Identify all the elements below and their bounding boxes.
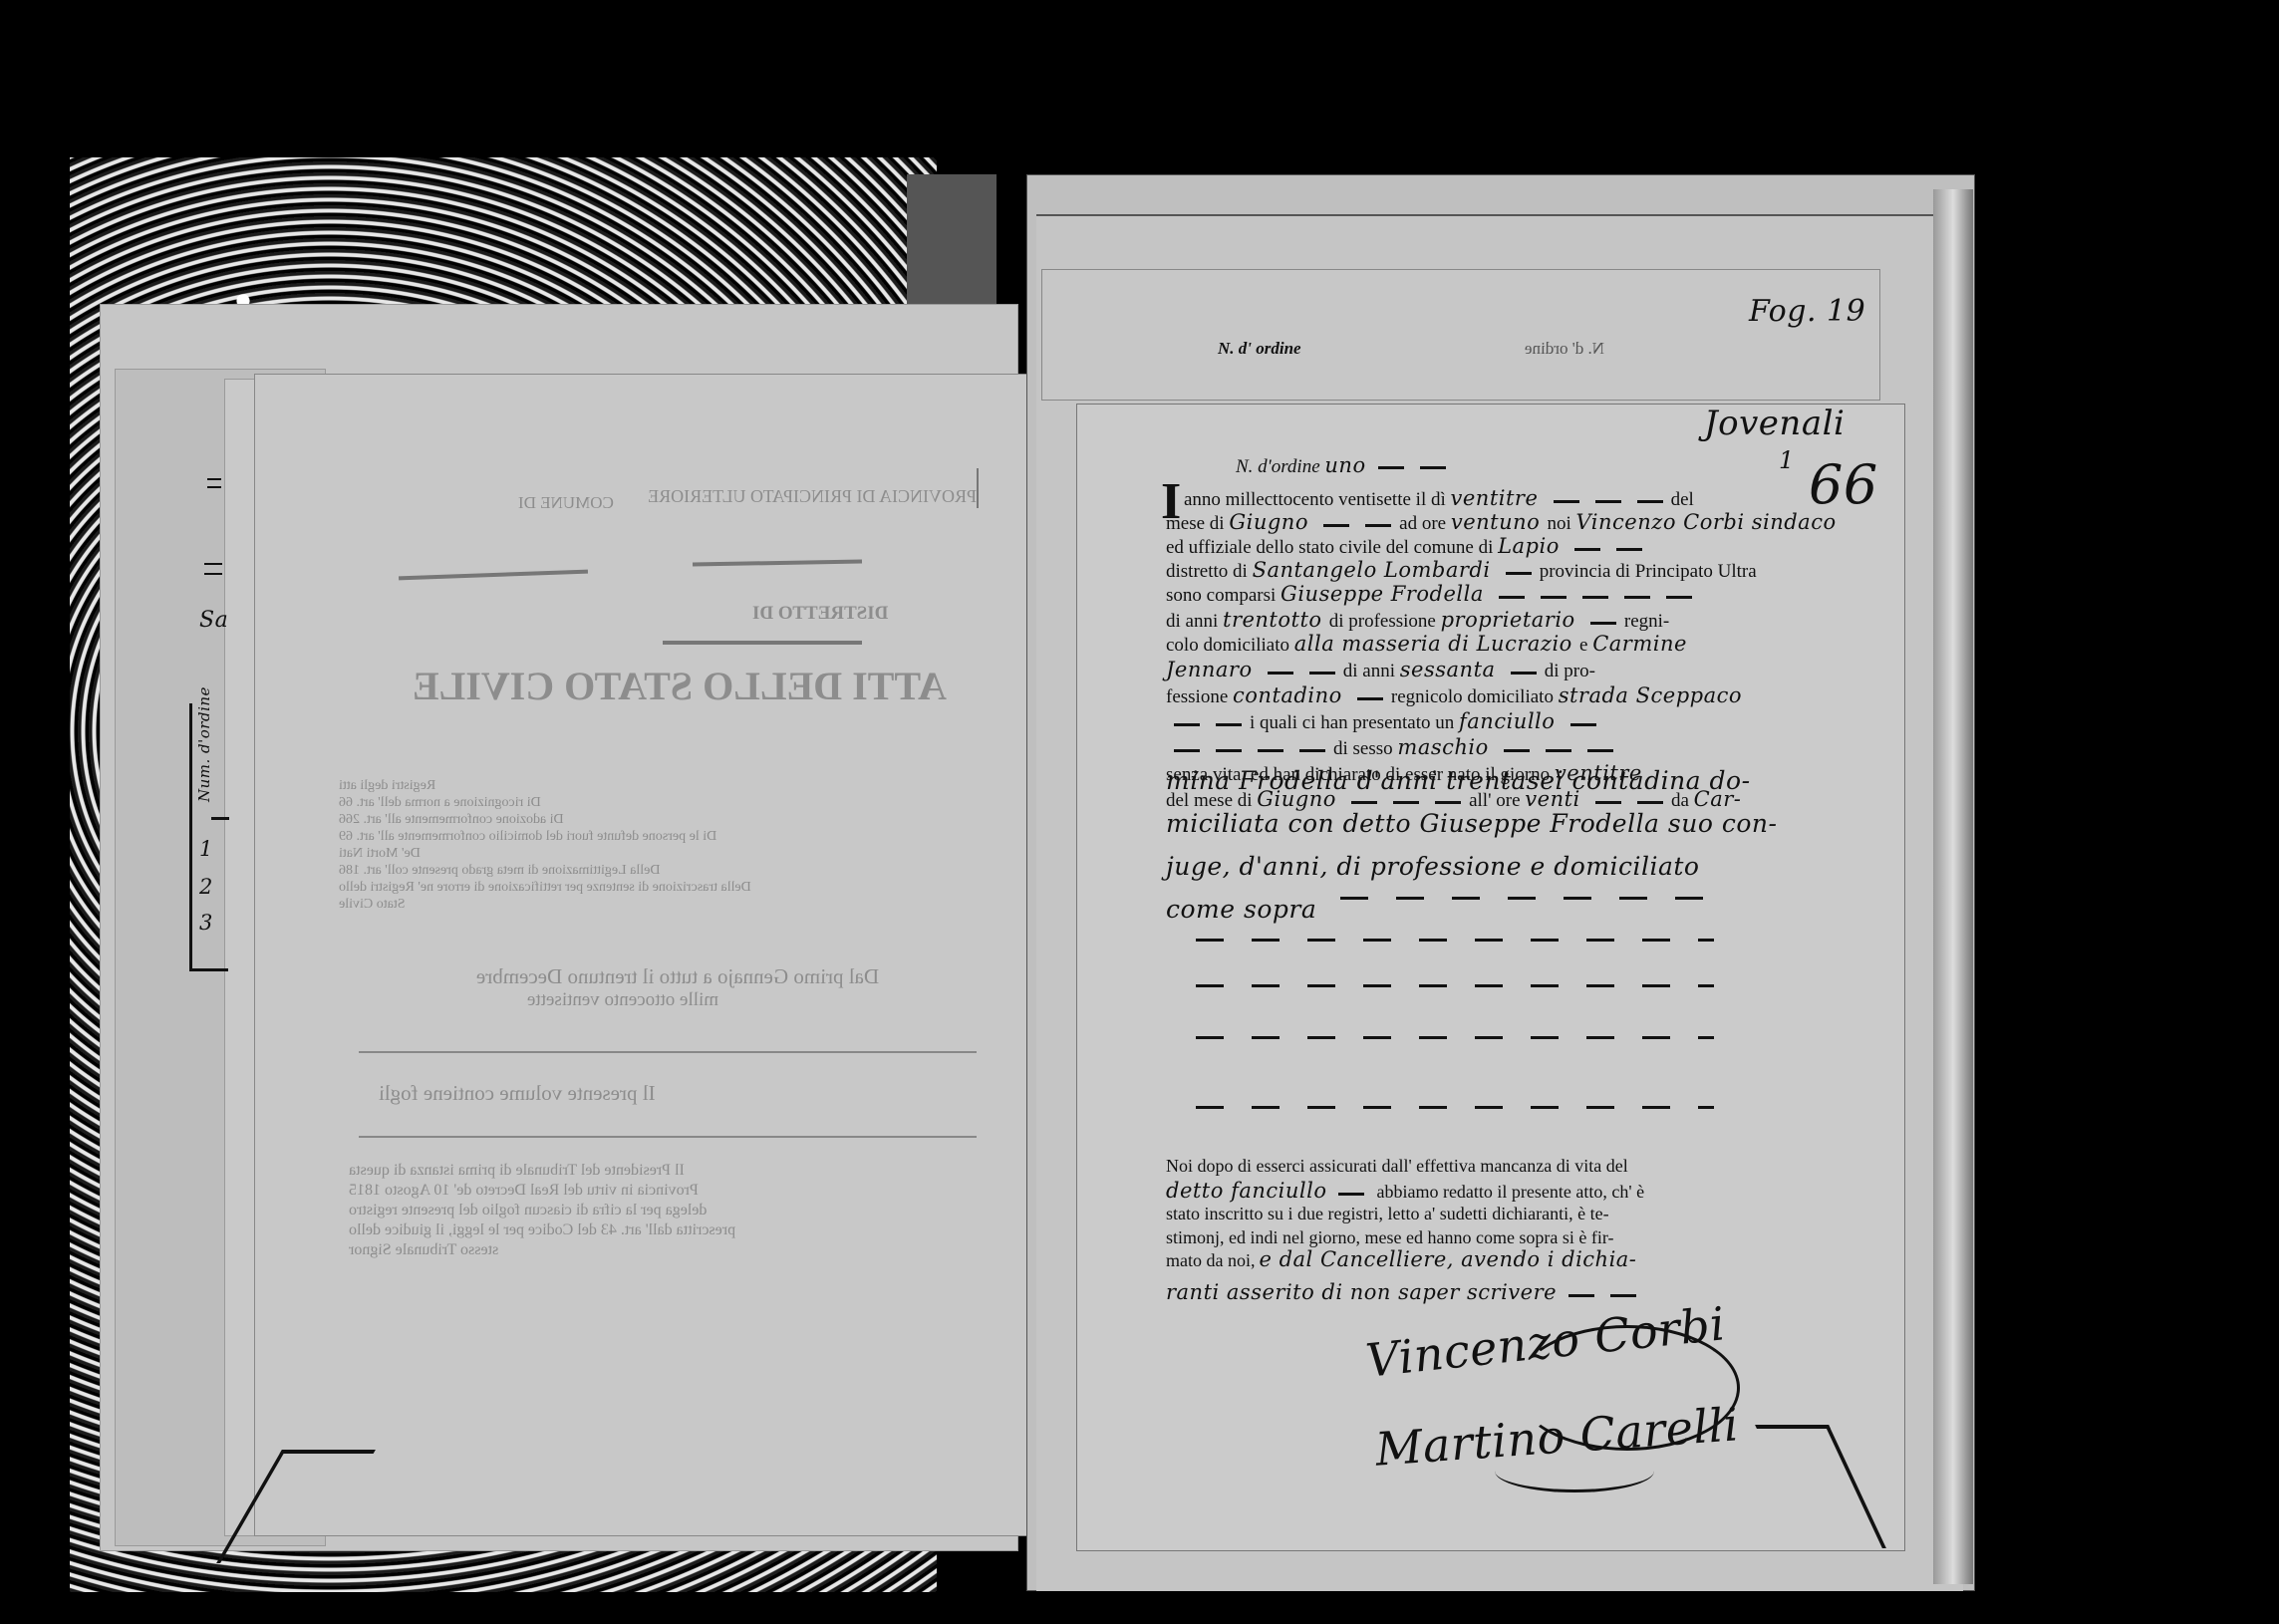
bleed-rule bbox=[663, 641, 862, 645]
filler-dash bbox=[1365, 524, 1391, 527]
filler-dash bbox=[1546, 749, 1571, 752]
act-line: distretto di Santangelo Lombardi provinc… bbox=[1166, 558, 1757, 583]
filler-dash bbox=[1595, 500, 1621, 503]
printed-text: mese di bbox=[1166, 513, 1229, 534]
closing-printed: mato da noi, bbox=[1166, 1250, 1255, 1270]
filler-dash bbox=[1511, 672, 1537, 675]
upper-sheet bbox=[1041, 269, 1880, 401]
bleed-period: Dal primo Gennajo a tutto il trentuno De… bbox=[399, 964, 957, 989]
handwritten-entry: Santangelo Lombardi bbox=[1253, 558, 1498, 582]
handwritten-entry: Carmine bbox=[1592, 632, 1687, 656]
handwritten-entry: maschio bbox=[1397, 735, 1496, 759]
printed-text: provincia di Principato Ultra bbox=[1540, 561, 1757, 582]
filler-dashes bbox=[1196, 1106, 1714, 1109]
filler-dash bbox=[1624, 596, 1650, 599]
act-number: 66 bbox=[1809, 453, 1878, 516]
filler-dash bbox=[1258, 749, 1283, 752]
printed-text: del bbox=[1671, 489, 1694, 510]
handwritten-entry: Giuseppe Frodella bbox=[1281, 582, 1491, 606]
bleed-list-line: Stato Civile bbox=[339, 896, 957, 913]
bleed-provincia: PROVINCIA DI PRINCIPATO ULTERIORE bbox=[688, 486, 977, 506]
closing-line: ranti asserito di non saper scrivere bbox=[1166, 1280, 1644, 1304]
printed-text: ad ore bbox=[1399, 513, 1451, 534]
handwritten-line: miciliata con detto Giuseppe Frodella su… bbox=[1166, 802, 1777, 845]
handwritten-entry: alla masseria di Lucrazio bbox=[1294, 632, 1579, 656]
bleed-list-line: Di adozione conformemente all' art. 266 bbox=[339, 811, 957, 828]
filler-dash bbox=[1570, 723, 1596, 726]
filler-dash bbox=[1666, 596, 1692, 599]
handwritten-line: juge, d'anni, di professione e domicilia… bbox=[1166, 845, 1777, 888]
handwritten-entry: ventitre bbox=[1451, 486, 1546, 510]
filler-dash bbox=[1587, 749, 1613, 752]
bleed-list-line: Registri degli atti bbox=[339, 777, 957, 794]
printed-text: regnicolo domiciliato bbox=[1391, 686, 1559, 707]
closing-handwritten: e dal Cancelliere, avendo i dichia- bbox=[1259, 1247, 1636, 1271]
bleed-title: ATTI DELLO STATO CIVILE bbox=[428, 663, 947, 709]
printed-text: anno millecttocento ventisette il dì bbox=[1184, 489, 1451, 510]
bleed-president-line: stesso Tribunale Signor bbox=[349, 1240, 967, 1260]
bleed-list: Registri degli atti Di ricognizione a no… bbox=[339, 777, 957, 913]
bleed-list-line: Di ricognizione a norma dell' art. 66 bbox=[339, 794, 957, 811]
bleed-president-line: Il Presidente del Tribunale di prima ist… bbox=[349, 1161, 967, 1181]
printed-text: fessione bbox=[1166, 686, 1233, 707]
closing-line: stato inscritto su i due registri, letto… bbox=[1166, 1204, 1609, 1224]
filler-dash bbox=[1637, 500, 1663, 503]
filler-dash bbox=[1216, 723, 1242, 726]
printed-text: noi bbox=[1547, 513, 1575, 534]
margin-note-name: Jovenali bbox=[1704, 404, 1845, 443]
handwritten-entry: strada Sceppaco bbox=[1559, 683, 1742, 707]
act-line: sono comparsi Giuseppe Frodella bbox=[1166, 582, 1700, 607]
filler-dash bbox=[1268, 672, 1293, 675]
printed-text: regni- bbox=[1624, 611, 1669, 632]
act-line: ed uffiziale dello stato civile del comu… bbox=[1166, 534, 1650, 559]
printed-text: di professione bbox=[1329, 611, 1441, 632]
closing-printed: abbiamo redatto il presente atto, ch' è bbox=[1376, 1182, 1644, 1202]
printed-text: di pro- bbox=[1545, 661, 1595, 681]
handwritten-entry: Jennaro bbox=[1166, 658, 1260, 681]
bleed-distretto: DISTRETTO DI bbox=[752, 603, 992, 625]
bleed-rule bbox=[359, 1136, 977, 1138]
closing-handwritten: detto fanciullo bbox=[1166, 1179, 1326, 1203]
bleed-president-line: delega per la cifra di ciascun foglio de… bbox=[349, 1201, 967, 1220]
bleed-year: mille ottocento ventisette bbox=[399, 989, 847, 1011]
order-label-text: N. d'ordine bbox=[1236, 456, 1320, 477]
index-mark bbox=[204, 563, 222, 575]
filler-dash bbox=[1499, 596, 1525, 599]
printed-text: distretto di bbox=[1166, 561, 1253, 582]
handwritten-entry: Lapio bbox=[1498, 534, 1567, 558]
filler-dash bbox=[1574, 548, 1600, 551]
printed-text: i quali ci han presentato un bbox=[1250, 712, 1459, 733]
signature-flourish bbox=[1495, 1450, 1654, 1492]
order-value: uno bbox=[1324, 453, 1365, 477]
closing-line: mato da noi, e dal Cancelliere, avendo i… bbox=[1166, 1247, 1636, 1271]
printed-text: di anni bbox=[1343, 661, 1400, 681]
handwritten-entry: proprietario bbox=[1441, 608, 1582, 632]
act-line: di sesso maschio bbox=[1166, 735, 1621, 760]
bleed-volume-note: Il presente volume contiene fogli bbox=[379, 1081, 977, 1106]
index-heading: Num. d'ordine bbox=[195, 686, 213, 802]
act-line: di anni trentotto di professione proprie… bbox=[1166, 608, 1669, 633]
bleed-list-line: De' Morti Nati bbox=[339, 845, 957, 862]
filler-dashes bbox=[1340, 897, 1709, 900]
handwritten-entry: ventuno bbox=[1451, 510, 1548, 534]
filler-dash bbox=[1590, 622, 1616, 625]
handwritten-line: come sopra bbox=[1166, 888, 1777, 931]
filler-dash bbox=[1582, 596, 1608, 599]
handwritten-entry: contadino bbox=[1233, 683, 1349, 707]
filler-dash bbox=[1299, 749, 1325, 752]
index-side-note: Sa bbox=[199, 608, 228, 633]
filler-dash bbox=[1323, 524, 1349, 527]
index-divider bbox=[211, 817, 229, 820]
page-edges bbox=[1933, 189, 1973, 1584]
filler-dashes bbox=[1196, 984, 1714, 987]
filler-dash bbox=[1174, 749, 1200, 752]
filler-dash bbox=[1309, 672, 1335, 675]
act-line: fessione contadino regnicolo domiciliato… bbox=[1166, 683, 1742, 708]
printed-text: e bbox=[1579, 635, 1592, 656]
printed-text: di anni bbox=[1166, 611, 1223, 632]
index-mark bbox=[207, 478, 221, 488]
filler-dashes bbox=[1196, 1036, 1714, 1039]
filler-dashes bbox=[1196, 939, 1714, 942]
bleed-rule bbox=[359, 1051, 977, 1053]
handwritten-entry: sessanta bbox=[1400, 658, 1503, 681]
index-entry: 3 bbox=[199, 911, 213, 935]
act-line: anno millecttocento ventisette il dì ven… bbox=[1184, 486, 1694, 511]
bleed-list-line: Della trascrizione di sentenze per retti… bbox=[339, 879, 957, 896]
bleed-list-line: Della Legittimazione di meta grado prese… bbox=[339, 862, 957, 879]
handwritten-entry: fanciullo bbox=[1459, 709, 1563, 733]
handwritten-line: mina Frodella d'anni trentasei contadina… bbox=[1166, 759, 1777, 802]
printed-text: colo domiciliato bbox=[1166, 635, 1294, 656]
act-line: i quali ci han presentato un fanciullo bbox=[1166, 709, 1604, 734]
bleed-list-line: Di le persone defunte fuori del domicili… bbox=[339, 828, 957, 845]
filler-dash bbox=[1216, 749, 1242, 752]
filler-dash bbox=[1554, 500, 1579, 503]
closing-line: detto fanciullo abbiamo redatto il prese… bbox=[1166, 1179, 1644, 1203]
handwritten-entry: Giugno bbox=[1229, 510, 1315, 534]
filler-dash bbox=[1357, 697, 1383, 700]
left-page bbox=[254, 374, 1063, 1536]
closing-handwritten: ranti asserito di non saper scrivere bbox=[1166, 1280, 1557, 1304]
folio-note: Fog. 19 bbox=[1749, 294, 1865, 329]
filler-dash bbox=[1174, 723, 1200, 726]
margin-note-number: 1 bbox=[1779, 446, 1795, 474]
bleed-bracket bbox=[977, 468, 979, 508]
closing-line: Noi dopo di esserci assicurati dall' eff… bbox=[1166, 1156, 1628, 1177]
order-label: N. d'ordine uno bbox=[1236, 453, 1454, 478]
bleed-comune: COMUNE DI bbox=[518, 493, 658, 513]
handwritten-entry: Vincenzo Corbi sindaco bbox=[1576, 510, 1837, 534]
filler-dash bbox=[1504, 749, 1530, 752]
handwritten-continuation: mina Frodella d'anni trentasei contadina… bbox=[1166, 759, 1777, 931]
printed-text: sono comparsi bbox=[1166, 585, 1281, 606]
act-line: mese di Giugno ad ore ventuno noi Vincen… bbox=[1166, 510, 1837, 535]
filler-dash bbox=[1616, 548, 1642, 551]
filler-dash bbox=[1541, 596, 1567, 599]
act-line: Jennaro di anni sessanta di pro- bbox=[1166, 658, 1595, 682]
index-entry: 2 bbox=[199, 875, 213, 899]
upper-sheet-order-label: N. d' ordine bbox=[1218, 339, 1301, 359]
bleed-president-line: prescritta dall' art. 43 del Codice per … bbox=[349, 1220, 967, 1240]
handwritten-entry: trentotto bbox=[1223, 608, 1329, 632]
act-line: colo domiciliato alla masseria di Lucraz… bbox=[1166, 632, 1687, 657]
index-entry: 1 bbox=[199, 837, 213, 861]
printed-text: ed uffiziale dello stato civile del comu… bbox=[1166, 537, 1498, 558]
closing-line: stimonj, ed indi nel giorno, mese ed han… bbox=[1166, 1227, 1614, 1248]
printed-text: di sesso bbox=[1333, 738, 1397, 759]
filler-dash bbox=[1506, 572, 1532, 575]
upper-sheet-mirrored-label: N. d' ordine bbox=[1525, 339, 1644, 359]
bleed-president-note: Il Presidente del Tribunale di prima ist… bbox=[349, 1161, 967, 1260]
bleed-president-line: Provincia in virtu del Real Decreto de' … bbox=[349, 1181, 967, 1201]
